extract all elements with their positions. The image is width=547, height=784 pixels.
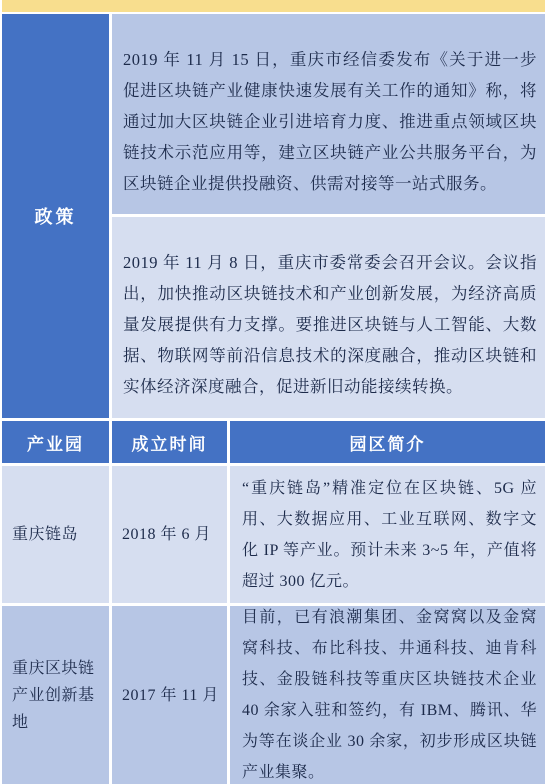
table-row-1-description-text: “重庆链岛”精准定位在区块链、5G 应用、大数据应用、工业互联网、数字文化 IP… — [242, 473, 537, 597]
policy-row-header-label: 政策 — [35, 203, 77, 229]
column-header-park-name: 产业园 — [2, 421, 109, 463]
table-row-2-description-cell: 目前，已有浪潮集团、金窝窝以及金窝窝科技、布比科技、井通科技、迪肯科技、金股链科… — [230, 606, 545, 784]
policy-row-header: 政策 — [2, 14, 109, 418]
policy-item-2-cell: 2019 年 11 月 8 日，重庆市委常委会召开会议。会议指出，加快推动区块链… — [112, 217, 545, 418]
table-row-2-description-text: 目前，已有浪潮集团、金窝窝以及金窝窝科技、布比科技、井通科技、迪肯科技、金股链科… — [242, 602, 537, 784]
table-row-2-park-name: 重庆区块链产业创新基地 — [2, 606, 109, 784]
table-row-1-park-name: 重庆链岛 — [2, 466, 109, 603]
policy-table: 政策 2019 年 11 月 15 日，重庆市经信委发布《关于进一步促进区块链产… — [2, 14, 545, 418]
park-table: 产业园 成立时间 园区简介 重庆链岛 2018 年 6 月 “重庆链岛”精准定位… — [2, 421, 545, 784]
policy-item-2-text: 2019 年 11 月 8 日，重庆市委常委会召开会议。会议指出，加快推动区块链… — [123, 247, 537, 402]
column-header-founded-date: 成立时间 — [112, 421, 227, 463]
table-row-1-description-cell: “重庆链岛”精准定位在区块链、5G 应用、大数据应用、工业互联网、数字文化 IP… — [230, 466, 545, 603]
document-page: 政策 2019 年 11 月 15 日，重庆市经信委发布《关于进一步促进区块链产… — [0, 0, 547, 784]
policy-item-1-cell: 2019 年 11 月 15 日，重庆市经信委发布《关于进一步促进区块链产业健康… — [112, 14, 545, 214]
table-row-2-founded-date: 2017 年 11 月 — [112, 606, 227, 784]
column-header-park-intro: 园区简介 — [230, 421, 545, 463]
policy-item-1-text: 2019 年 11 月 15 日，重庆市经信委发布《关于进一步促进区块链产业健康… — [123, 44, 537, 199]
top-accent-bar — [2, 0, 545, 12]
table-row-1-founded-date: 2018 年 6 月 — [112, 466, 227, 603]
